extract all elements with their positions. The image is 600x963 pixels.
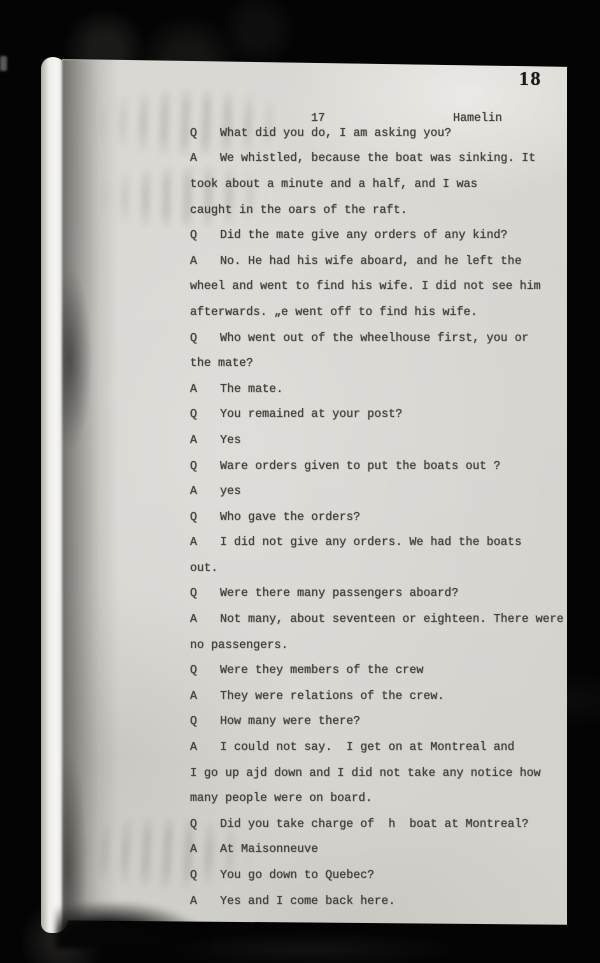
scan-background: 18 17 Hamelin Q What did you do, I am as… [0,0,600,963]
line-text: Were they members of the crew [220,663,423,677]
line-text: Did the mate give any orders of any kind… [220,228,508,242]
transcript-line: out. [190,555,568,581]
line-text: Yes [220,433,241,447]
transcript-line: A At Maisonneuve [190,837,568,863]
line-text: took about a minute and a half, and I wa… [190,177,478,191]
transcript-line: A They were relations of the crew. [190,683,568,709]
transcript-line: A Yes [190,427,568,453]
speaker-label: A [190,689,220,703]
transcript-line: A I did not give any orders. We had the … [190,530,568,556]
speaker-label: A [190,254,220,268]
speaker-label: A [190,842,220,856]
line-text: afterwards. „e went off to find his wife… [190,305,478,319]
line-text: Did you take charge of h boat at Montrea… [220,817,529,831]
line-text: Who gave the orders? [220,510,360,524]
line-text: I go up ajd down and I did not take any … [190,766,541,780]
speaker-label: Q [190,714,220,728]
bottom-corner-shadow [56,903,206,949]
transcript-line: A Not many, about seventeen or eighteen.… [190,606,568,632]
transcript-line: the mate? [190,350,568,376]
line-text: At Maisonneuve [220,842,318,856]
speaker-label: Q [190,459,220,473]
line-text: What did you do, I am asking you? [220,126,451,140]
transcript-line: wheel and went to find his wife. I did n… [190,274,568,300]
line-text: Who went out of the wheelhouse first, yo… [220,331,529,345]
line-text: caught in the oars of the raft. [190,203,407,217]
line-text: Yes and I come back here. [220,894,395,908]
transcript-line: A The mate. [190,376,568,402]
transcript-line: Q Who went out of the wheelhouse first, … [190,325,568,351]
line-text: You remained at your post? [220,407,402,421]
speaker-label: Q [190,817,220,831]
transcript-line: took about a minute and a half, and I wa… [190,171,568,197]
transcript-line: Q Were there many passengers aboard? [190,581,568,607]
transcript-line: Q Who gave the orders? [190,504,568,530]
transcript-line: Q You go down to Quebec? [190,862,568,888]
line-text: Not many, about seventeen or eighteen. T… [220,612,564,626]
speaker-label: Q [190,331,220,345]
speaker-label: A [190,151,220,165]
transcript-line: afterwards. „e went off to find his wife… [190,299,568,325]
transcript-line: A No. He had his wife aboard, and he lef… [190,248,568,274]
speaker-label: A [190,894,220,908]
transcript-line: no passengers. [190,632,568,658]
transcript-line: Q Did you take charge of h boat at Montr… [190,811,568,837]
transcript-line: Q You remained at your post? [190,402,568,428]
transcript-line: Q Did the mate give any orders of any ki… [190,222,568,248]
line-text: No. He had his wife aboard, and he left … [220,254,522,268]
line-text: the mate? [190,356,253,370]
transcript-line: Q What did you do, I am asking you? [190,120,568,146]
transcript-line: Q Ware orders given to put the boats out… [190,453,568,479]
transcript-line: A Yes and I come back here. [190,888,568,914]
line-text: no passengers. [190,638,288,652]
transcript-line: A We whistled, because the boat was sink… [190,146,568,172]
speaker-label: A [190,484,220,498]
transcript-line: many people were on board. [190,785,568,811]
transcript-line: caught in the oars of the raft. [190,197,568,223]
transcript-line: I go up ajd down and I did not take any … [190,760,568,786]
folio-number: 18 [519,68,542,91]
speaker-label: A [190,382,220,396]
line-text: They were relations of the crew. [220,689,444,703]
line-text: many people were on board. [190,791,372,805]
line-text: I did not give any orders. We had the bo… [220,535,522,549]
transcript-line: A yes [190,478,568,504]
speaker-label: Q [190,407,220,421]
transcript-line: Q How many were there? [190,709,568,735]
line-text: I could not say. I get on at Montreal an… [220,740,515,754]
speaker-label: Q [190,228,220,242]
speaker-label: Q [190,586,220,600]
speaker-label: Q [190,868,220,882]
line-text: Ware orders given to put the boats out ? [220,459,501,473]
transcript-line: A I could not say. I get on at Montreal … [190,734,568,760]
line-text: We whistled, because the boat was sinkin… [220,151,536,165]
line-text: yes [220,484,241,498]
speaker-label: A [190,740,220,754]
line-text: How many were there? [220,714,360,728]
speaker-label: Q [190,126,220,140]
line-text: You go down to Quebec? [220,868,374,882]
speaker-label: Q [190,510,220,524]
transcript: Q What did you do, I am asking you? A We… [190,120,568,913]
line-text: wheel and went to find his wife. I did n… [190,279,541,293]
speaker-label: A [190,433,220,447]
scanner-edge-mark [0,56,7,71]
line-text: The mate. [220,382,283,396]
speaker-label: A [190,535,220,549]
line-text: out. [190,561,218,575]
speaker-label: A [190,612,220,626]
transcript-line: Q Were they members of the crew [190,657,568,683]
speaker-label: Q [190,663,220,677]
line-text: Were there many passengers aboard? [220,586,458,600]
